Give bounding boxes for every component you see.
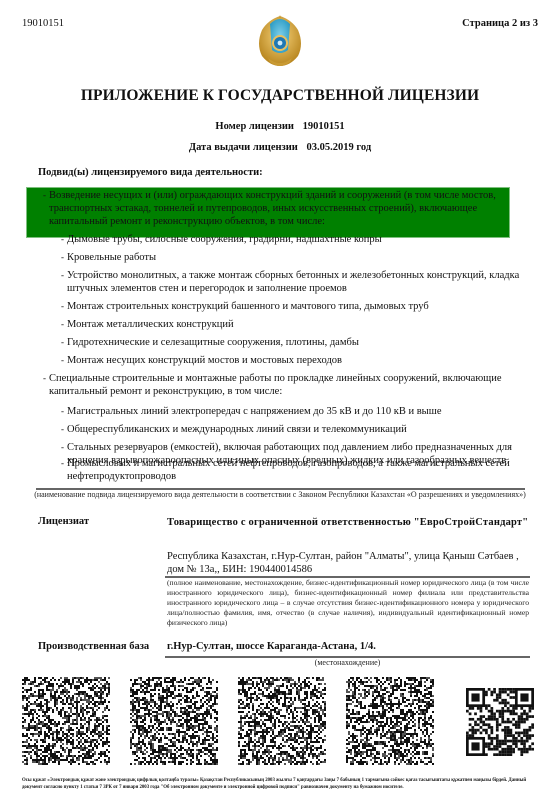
license-number-label: Номер лицензии [215, 121, 294, 132]
legal-footer: Осы құжат «Электрондық құжат және электр… [22, 778, 542, 791]
dash-bullet-icon: - [61, 354, 64, 367]
license-number-row: Номер лицензии 19010151 [0, 121, 560, 132]
barcode-icon [346, 677, 434, 765]
licensee-caption: (полное наименование, местонахождение, б… [167, 578, 529, 628]
subtype-item: -Устройство монолитных, а также монтаж с… [67, 269, 527, 295]
dash-bullet-icon: - [61, 233, 64, 246]
dash-bullet-icon: - [61, 318, 64, 331]
subtype-item: -Кровельные работы [67, 251, 527, 264]
subtype-group-2: - Специальные строительные и монтажные р… [49, 372, 509, 398]
license-date-value: 03.05.2019 год [306, 142, 371, 153]
subtype-item: -Дымовые трубы, силосные сооружения, гра… [67, 233, 527, 246]
dash-bullet-icon: - [61, 300, 64, 313]
qr-code-icon [466, 688, 534, 756]
subtypes-caption: (наименование подвида лицензируемого вид… [30, 490, 530, 500]
page-title: ПРИЛОЖЕНИЕ К ГОСУДАРСТВЕННОЙ ЛИЦЕНЗИИ [0, 87, 560, 105]
license-date-label: Дата выдачи лицензии [189, 142, 298, 153]
barcode-icon [130, 677, 218, 765]
dash-bullet-icon: - [61, 457, 64, 470]
subtype-item: -Монтаж строительных конструкций башенно… [67, 300, 527, 313]
dash-bullet-icon: - [61, 336, 64, 349]
barcode-icon [238, 677, 326, 765]
subtype-group-1: - Возведение несущих и (или) ограждающих… [49, 189, 509, 228]
licensee-address: Республика Казахстан, г.Нур-Султан, райо… [167, 550, 529, 576]
dash-bullet-icon: - [61, 405, 64, 418]
license-number-value: 19010151 [303, 121, 345, 132]
dash-bullet-icon: - [43, 189, 46, 202]
kazakhstan-coat-of-arms-icon [252, 10, 308, 72]
document-number: 19010151 [22, 18, 64, 29]
subtype-item: -Промысловых и магистральных сетей нефте… [67, 457, 527, 483]
dash-bullet-icon: - [43, 372, 46, 385]
subtype-item: -Гидротехнические и селезащитные сооруже… [67, 336, 527, 349]
barcode-icon [22, 677, 110, 765]
subtype-item: -Магистральных линий электропередач с на… [67, 405, 527, 418]
licensee-label: Лицензиат [38, 516, 89, 527]
dash-bullet-icon: - [61, 269, 64, 282]
licensee-name: Товарищество с ограниченной ответственно… [167, 516, 529, 529]
production-base-value: г.Нур-Султан, шоссе Караганда-Астана, 1/… [167, 641, 376, 652]
production-base-label: Производственная база [38, 641, 149, 652]
subtype-item: -Монтаж несущих конструкций мостов и мос… [67, 354, 527, 367]
production-base-caption: (местонахождение) [165, 658, 530, 668]
subtypes-heading: Подвид(ы) лицензируемого вида деятельнос… [38, 167, 263, 178]
license-date-row: Дата выдачи лицензии 03.05.2019 год [0, 142, 560, 153]
dash-bullet-icon: - [61, 423, 64, 436]
dash-bullet-icon: - [61, 251, 64, 264]
dash-bullet-icon: - [61, 441, 64, 454]
subtype-item: -Монтаж металлических конструкций [67, 318, 527, 331]
subtype-item: -Общереспубликанских и международных лин… [67, 423, 527, 436]
page-indicator: Страница 2 из 3 [462, 18, 538, 29]
